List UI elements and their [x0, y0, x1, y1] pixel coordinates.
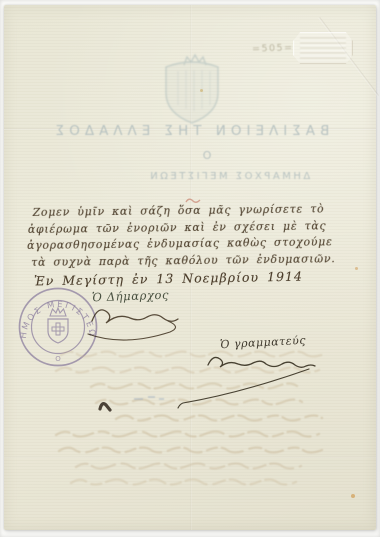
foxing-speck [200, 89, 203, 92]
letter-line: τὰ συχνὰ παρὰ τῆς καθόλου τῶν ἐνδυμασιῶν… [31, 250, 357, 270]
document-page: =505= ΒΑΣΙΛΕΙΟΝ ΤΗΣ ΕΛΛΑΔΟΣ Ο ΔΗΜΑΡΧΟΣ Μ… [4, 5, 376, 530]
letterhead-kingdom-line: ΒΑΣΙΛΕΙΟΝ ΤΗΣ ΕΛΛΑΔΟΣ [4, 123, 376, 139]
letter-body: Ζομεν ὑμῖν καὶ σάζη ὅσα μᾶς γνωρίσετε τὸ… [27, 201, 358, 271]
letterhead-bleedthrough: ΒΑΣΙΛΕΙΟΝ ΤΗΣ ΕΛΛΑΔΟΣ Ο ΔΗΜΑΡΧΟΣ ΜΕΓΙΣΤΕ… [4, 123, 376, 182]
secretary-signature [170, 345, 342, 411]
letterhead-office-line: ΔΗΜΑΡΧΟΣ ΜΕΓΙΣΤΕΩΝ [43, 171, 380, 182]
foxing-speck [355, 267, 358, 270]
coat-of-arms-bleedthrough [156, 53, 228, 129]
embossed-seal [293, 32, 353, 64]
foxing-speck [351, 494, 355, 498]
ink-blot [97, 396, 113, 412]
embossed-seal-ridges [300, 37, 346, 59]
scan-background: =505= ΒΑΣΙΛΕΙΟΝ ΤΗΣ ΕΛΛΑΔΟΣ Ο ΔΗΜΑΡΧΟΣ Μ… [0, 0, 380, 537]
letterhead-article: Ο [21, 149, 380, 162]
faint-number-annotation: =505= [252, 42, 298, 55]
